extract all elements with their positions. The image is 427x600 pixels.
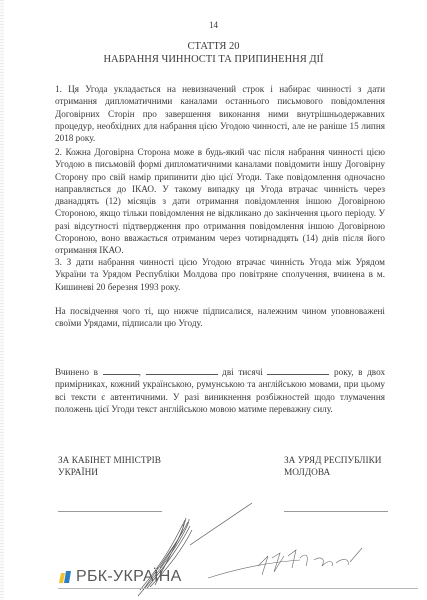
scan-edge-artifact [0,0,4,600]
signatory-ukraine: ЗА КАБІНЕТ МІНІСТРІВ УКРАЇНИ [58,455,161,479]
paragraph-1: 1. Ця Угода укладається на невизначений … [55,83,385,144]
signature-moldova-icon [208,548,362,578]
comma: , [139,367,141,377]
signature-line-moldova [284,511,388,512]
paragraph-3: 3. З дати набрання чинності цією Угодою … [55,256,385,293]
place-blank [103,365,139,375]
rbc-ukraine-watermark: РБК-УКРАЇНА [58,566,182,588]
paragraph-2: 2. Кожна Договірна Сторона може в будь-я… [55,146,385,257]
date-blank [146,365,218,375]
article-number: СТАТТЯ 20 [0,41,427,54]
signature-line-ukraine [58,511,162,512]
signatory-ukraine-line1: ЗА КАБІНЕТ МІНІСТРІВ [58,455,161,467]
page-number: 14 [0,20,427,30]
watermark-text: РБК-УКРАЇНА [76,568,182,586]
signatory-moldova: ЗА УРЯД РЕСПУБЛІКИ МОЛДОВА [284,455,382,479]
year-prefix: дві тисячі [222,367,263,377]
bottom-rule [58,588,418,589]
done-at-prefix: Вчинено в [55,367,98,377]
witness-clause: На посвідчення чого ті, що нижче підписа… [55,305,385,330]
signatory-ukraine-line2: УКРАЇНИ [58,467,161,479]
signatory-moldova-line1: ЗА УРЯД РЕСПУБЛІКИ [284,455,382,467]
article-heading: СТАТТЯ 20 НАБРАННЯ ЧИННОСТІ ТА ПРИПИНЕНН… [0,41,427,66]
signatory-moldova-line2: МОЛДОВА [284,467,382,479]
year-blank [267,365,329,375]
done-at-clause: Вчинено в , дві тисячі року, в двох прим… [55,365,385,415]
rbc-ukraine-logo-icon [58,570,72,584]
article-title: НАБРАННЯ ЧИННОСТІ ТА ПРИПИНЕННЯ ДІЇ [0,54,427,67]
